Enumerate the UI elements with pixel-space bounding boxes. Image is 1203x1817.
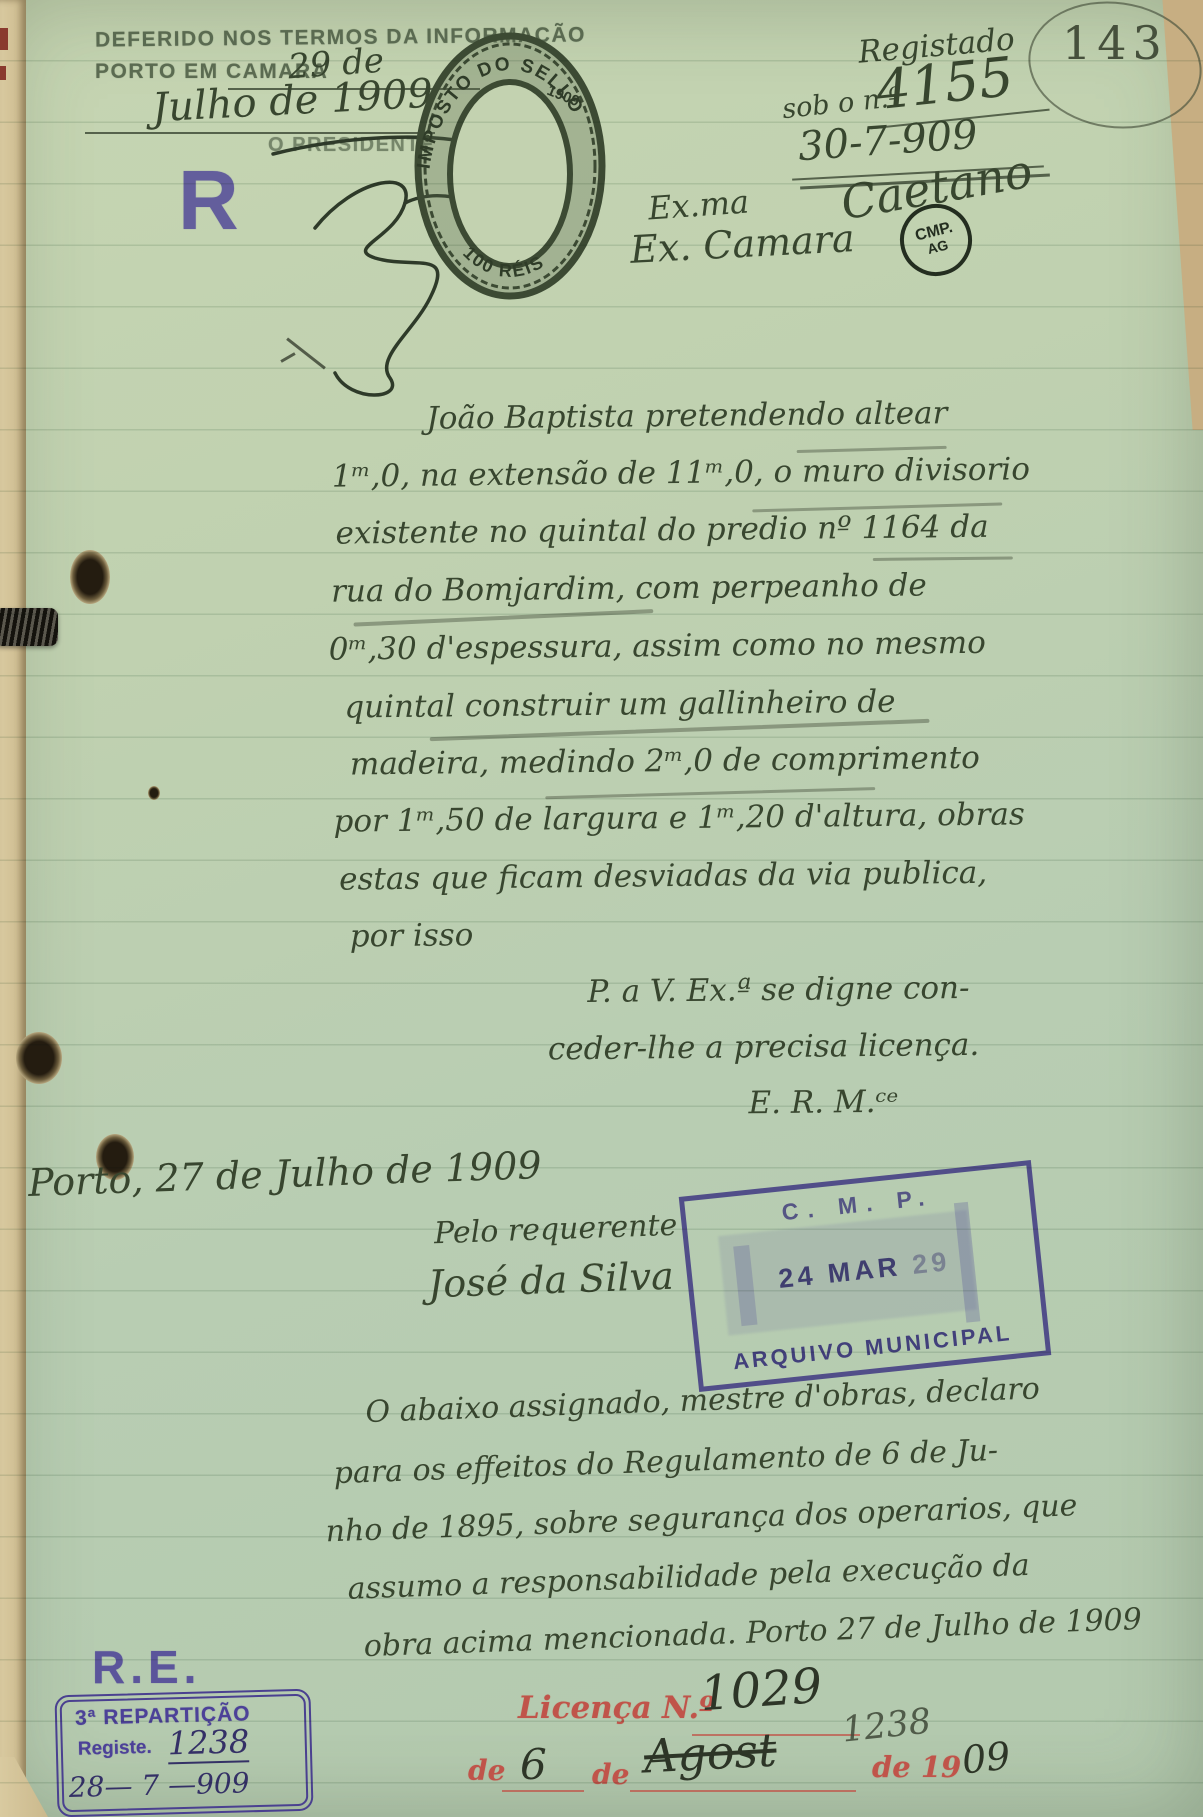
registration-number: 4155	[873, 45, 1016, 122]
petition-line: rua do Bomjardim, com perpeanho de	[331, 567, 927, 609]
binding-hole	[16, 1032, 62, 1084]
pencil-underline	[873, 557, 1013, 561]
red-edge-mark	[0, 28, 8, 50]
license-de3: de 19	[872, 1750, 961, 1784]
red-edge-mark	[0, 66, 6, 80]
license-de2: de	[592, 1758, 629, 1791]
petition-line: existente no quintal do predio nº 1164 d…	[335, 509, 988, 552]
pin-hole	[148, 786, 160, 800]
petition-line: 1ᵐ,0, na extensão de 11ᵐ,0, o muro divis…	[332, 451, 1030, 494]
petition-line: por 1ᵐ,50 de largura e 1ᵐ,20 d'altura, o…	[333, 796, 1025, 839]
archive-date-year: 29	[911, 1246, 952, 1280]
declaration-line: assumo a responsabilidade pela execução …	[347, 1548, 1030, 1607]
declaration-line: nho de 1895, sobre segurança dos operari…	[325, 1488, 1078, 1549]
registry-stamp: 3ª REPARTIÇÃO Registe. 1238 28— 7 —909	[54, 1689, 313, 1817]
declaration-line: para os effeitos do Regulamento de 6 de …	[333, 1433, 999, 1491]
license-number-handwriting: 1029	[698, 1658, 824, 1722]
license-label: Licença	[518, 1690, 652, 1726]
license-year-handwriting: 09	[960, 1734, 1013, 1783]
left-page-edge	[0, 0, 26, 1817]
license-de1: de	[468, 1754, 505, 1787]
pencil-underline	[545, 787, 875, 799]
pencil-folio-number: 1238	[840, 1701, 933, 1750]
pencil-underline	[353, 609, 653, 627]
petition-line: madeira, medindo 2ᵐ,0 de comprimento	[350, 740, 980, 783]
petition-line: ceder-lhe a precisa licença.	[548, 1027, 980, 1068]
petition-line: P. a V. Ex.ª se digne con-	[587, 970, 970, 1010]
petition-line: estas que ficam desviadas da via publica…	[339, 855, 987, 898]
folio-number: 143	[1062, 16, 1168, 70]
binding-tear	[70, 550, 110, 604]
document-page: DEFERIDO NOS TERMOS DA INFORMAÇÃO PORTO …	[0, 0, 1203, 1817]
petition-line: por isso	[350, 917, 474, 954]
declaration-line: obra acima mencionada. Porto 27 de Julho…	[363, 1602, 1142, 1664]
registry-date-handwriting: 28— 7 —909	[68, 1766, 249, 1804]
closing-by: Pelo requerente	[433, 1208, 677, 1251]
declaration-body: O abaixo assignado, mestre d'obras, decl…	[317, 1372, 1047, 1697]
license-day-handwriting: 6	[520, 1740, 547, 1789]
petition-body: João Baptista pretendendo altear 1ᵐ,0, n…	[326, 394, 1034, 1141]
re-stamp: R.E.	[92, 1640, 201, 1694]
salutation-line1: Ex.ma	[647, 183, 750, 228]
petition-line: 0ᵐ,30 d'espessura, assim como no mesmo	[329, 625, 986, 668]
license-month-handwriting: Agost	[643, 1723, 778, 1784]
license-day-rule	[502, 1790, 584, 1792]
archive-stamp: C. M. P. 24 MAR 29 ARQUIVO MUNICIPAL	[679, 1160, 1052, 1392]
petition-line: E. R. M.ᶜᵉ	[748, 1084, 898, 1122]
license-month-rule	[630, 1790, 856, 1792]
requester-signature: José da Silva	[427, 1254, 674, 1307]
cmp-ag-line2: AG	[926, 238, 950, 258]
r-stamp: R	[178, 152, 239, 249]
petition-line: João Baptista pretendendo altear	[426, 395, 947, 436]
registry-stamp-label: Registe.	[78, 1737, 152, 1761]
metal-fastener	[0, 608, 58, 646]
registry-number-handwriting: 1238	[167, 1722, 249, 1764]
petition-line: quintal construir um gallinheiro de	[344, 684, 895, 726]
revenue-seal: IMPOSTO DO SELLO 1909 100 RÉIS	[412, 32, 608, 300]
